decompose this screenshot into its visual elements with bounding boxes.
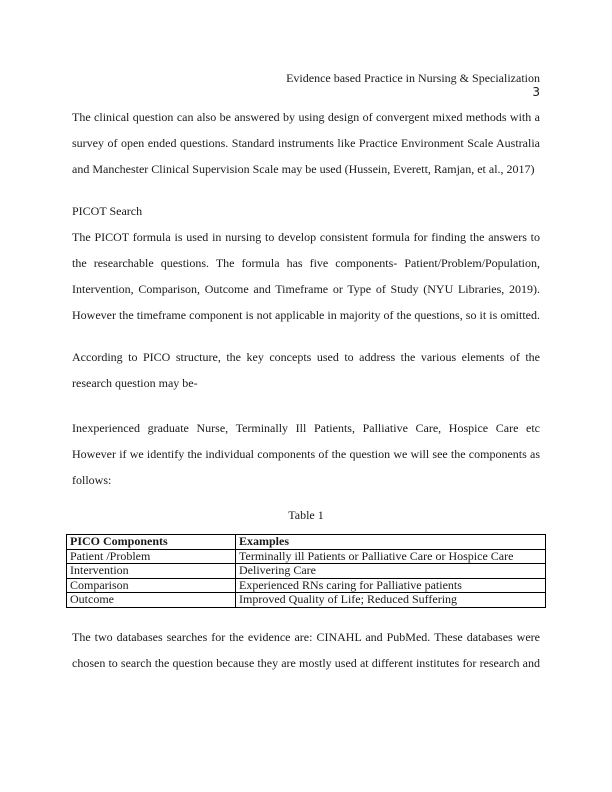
text-line: However if we identify the individual co…	[72, 441, 540, 467]
text-line: survey of open ended questions. Standard…	[72, 130, 540, 156]
table-cell: Terminally ill Patients or Palliative Ca…	[236, 549, 546, 564]
table-cell: Comparison	[67, 578, 236, 593]
paragraph-picot: The PICOT formula is used in nursing to …	[72, 224, 540, 328]
text-line: The PICOT formula is used in nursing to …	[72, 224, 540, 250]
text-line: Intervention, Comparison, Outcome and Ti…	[72, 276, 540, 302]
text-line: follows:	[72, 467, 540, 493]
text-line: The two databases searches for the evide…	[72, 624, 540, 650]
table-header-row: PICO Components Examples	[67, 535, 546, 550]
text-line: and Manchester Clinical Supervision Scal…	[72, 156, 540, 182]
page-header: Evidence based Practice in Nursing & Spe…	[286, 72, 540, 99]
paragraph-databases: The two databases searches for the evide…	[72, 624, 540, 676]
text-line: However the timeframe component is not a…	[72, 302, 540, 328]
table-cell: Patient /Problem	[67, 549, 236, 564]
table-caption: Table 1	[72, 508, 540, 522]
text-line: According to PICO structure, the key con…	[72, 344, 540, 370]
table-row: Outcome Improved Quality of Life; Reduce…	[67, 593, 546, 608]
table-row: Comparison Experienced RNs caring for Pa…	[67, 578, 546, 593]
paragraph-pico-structure: According to PICO structure, the key con…	[72, 344, 540, 396]
table-row: Intervention Delivering Care	[67, 564, 546, 579]
paragraph-concepts: Inexperienced graduate Nurse, Terminally…	[72, 415, 540, 493]
table-cell: Outcome	[67, 593, 236, 608]
text-line: the researchable questions. The formula …	[72, 250, 540, 276]
document-page: Evidence based Practice in Nursing & Spe…	[0, 0, 612, 792]
table-row: Patient /Problem Terminally ill Patients…	[67, 549, 546, 564]
table-cell: Delivering Care	[236, 564, 546, 579]
pico-table: PICO Components Examples Patient /Proble…	[66, 534, 546, 608]
text-line: research question may be-	[72, 370, 540, 396]
running-head: Evidence based Practice in Nursing & Spe…	[286, 72, 540, 85]
section-heading: PICOT Search	[72, 198, 540, 224]
text-line: Inexperienced graduate Nurse, Terminally…	[72, 415, 540, 441]
table-cell: Improved Quality of Life; Reduced Suffer…	[236, 593, 546, 608]
text-line: The clinical question can also be answer…	[72, 104, 540, 130]
column-header: Examples	[236, 535, 546, 550]
table-cell: Intervention	[67, 564, 236, 579]
paragraph-intro: The clinical question can also be answer…	[72, 104, 540, 182]
text-line: chosen to search the question because th…	[72, 650, 540, 676]
table-cell: Experienced RNs caring for Palliative pa…	[236, 578, 546, 593]
column-header: PICO Components	[67, 535, 236, 550]
page-number: 3	[286, 85, 540, 99]
